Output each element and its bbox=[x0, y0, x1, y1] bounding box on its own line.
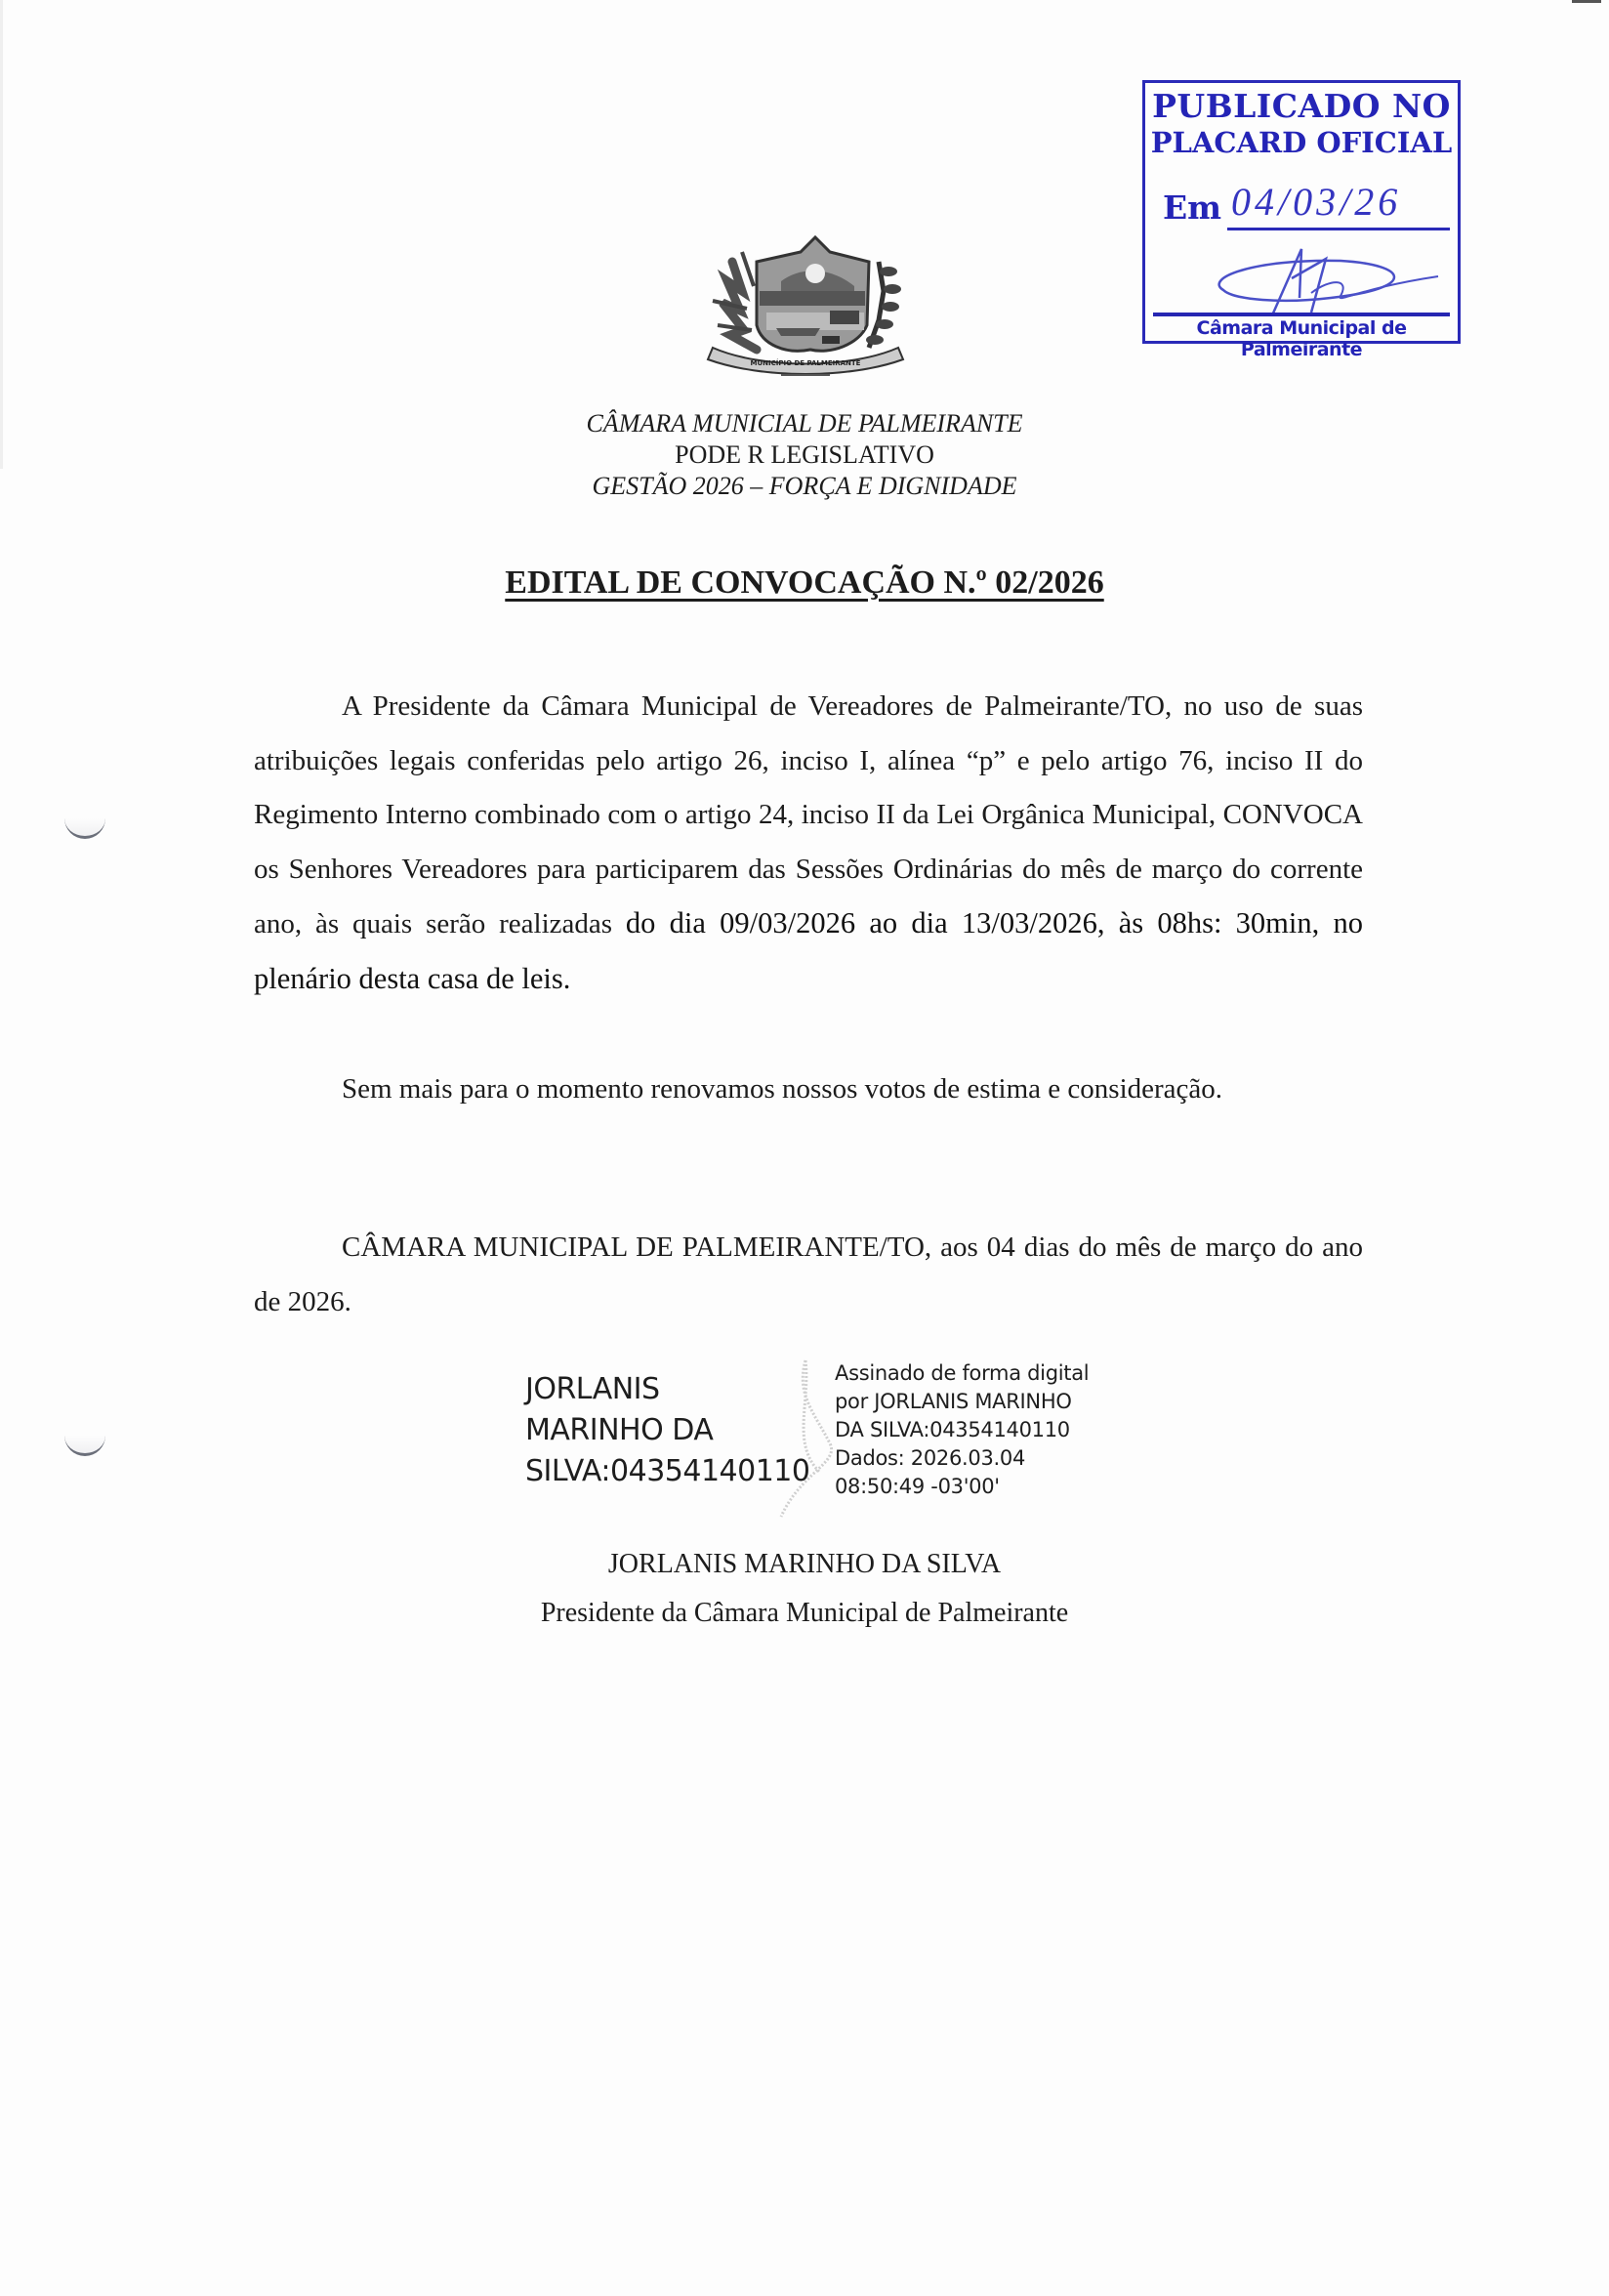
header-institution: CÂMARA MUNICIAL DE PALMEIRANTE bbox=[0, 408, 1609, 439]
published-stamp: PUBLICADO NO PLACARD OFICIAL Em 04/03/26… bbox=[1142, 80, 1461, 344]
stamp-em-label: Em bbox=[1163, 188, 1221, 227]
stamp-date: 04/03/26 bbox=[1231, 179, 1401, 225]
document-title-text: EDITAL DE CONVOCAÇÃO N.º 02/2026 bbox=[505, 564, 1103, 601]
signer-role: Presidente da Câmara Municipal de Palmei… bbox=[0, 1598, 1609, 1629]
digital-signature-info-line: Assinado de forma digital bbox=[835, 1359, 1089, 1388]
punch-hole-icon bbox=[64, 818, 105, 839]
stamp-line-1: PUBLICADO NO bbox=[1145, 87, 1458, 125]
digital-signature-info-line: por JORLANIS MARINHO bbox=[835, 1388, 1089, 1416]
handwritten-signature-icon bbox=[1194, 239, 1448, 317]
document-title: EDITAL DE CONVOCAÇÃO N.º 02/2026 bbox=[0, 564, 1609, 602]
scan-corner-mark bbox=[1572, 0, 1601, 3]
signer-name: JORLANIS MARINHO DA SILVA bbox=[0, 1549, 1609, 1580]
stamp-rule bbox=[1153, 313, 1450, 316]
stamp-line-2: PLACARD OFICIAL bbox=[1145, 126, 1458, 159]
header-administration: GESTÃO 2026 – FORÇA E DIGNIDADE bbox=[0, 471, 1609, 502]
stamp-footer: Câmara Municipal de Palmeirante bbox=[1145, 317, 1458, 360]
digital-signature-info-line: Dados: 2026.03.04 bbox=[835, 1444, 1089, 1473]
digital-signature-info-line: 08:50:49 -03'00' bbox=[835, 1473, 1089, 1501]
paragraph-closing: Sem mais para o momento renovamos nossos… bbox=[342, 1063, 1367, 1117]
paragraph-convocation-text: A Presidente da Câmara Municipal de Vere… bbox=[254, 690, 1363, 939]
scan-edge-shadow bbox=[0, 0, 3, 469]
header-branch: PODE R LEGISLATIVO bbox=[0, 439, 1609, 471]
stamp-date-line bbox=[1227, 228, 1450, 230]
municipal-coat-of-arms-icon: MUNICÍPIO DE PALMEIRANTE bbox=[683, 232, 928, 379]
punch-hole-icon bbox=[64, 1436, 105, 1456]
svg-text:MUNICÍPIO DE PALMEIRANTE: MUNICÍPIO DE PALMEIRANTE bbox=[751, 358, 861, 367]
paragraph-convocation: A Presidente da Câmara Municipal de Vere… bbox=[254, 680, 1363, 1007]
digital-signature-info-line: DA SILVA:04354140110 bbox=[835, 1416, 1089, 1444]
digital-signature-info: Assinado de forma digital por JORLANIS M… bbox=[835, 1359, 1089, 1501]
paragraph-place-date: CÂMARA MUNICIPAL DE PALMEIRANTE/TO, aos … bbox=[254, 1221, 1363, 1329]
